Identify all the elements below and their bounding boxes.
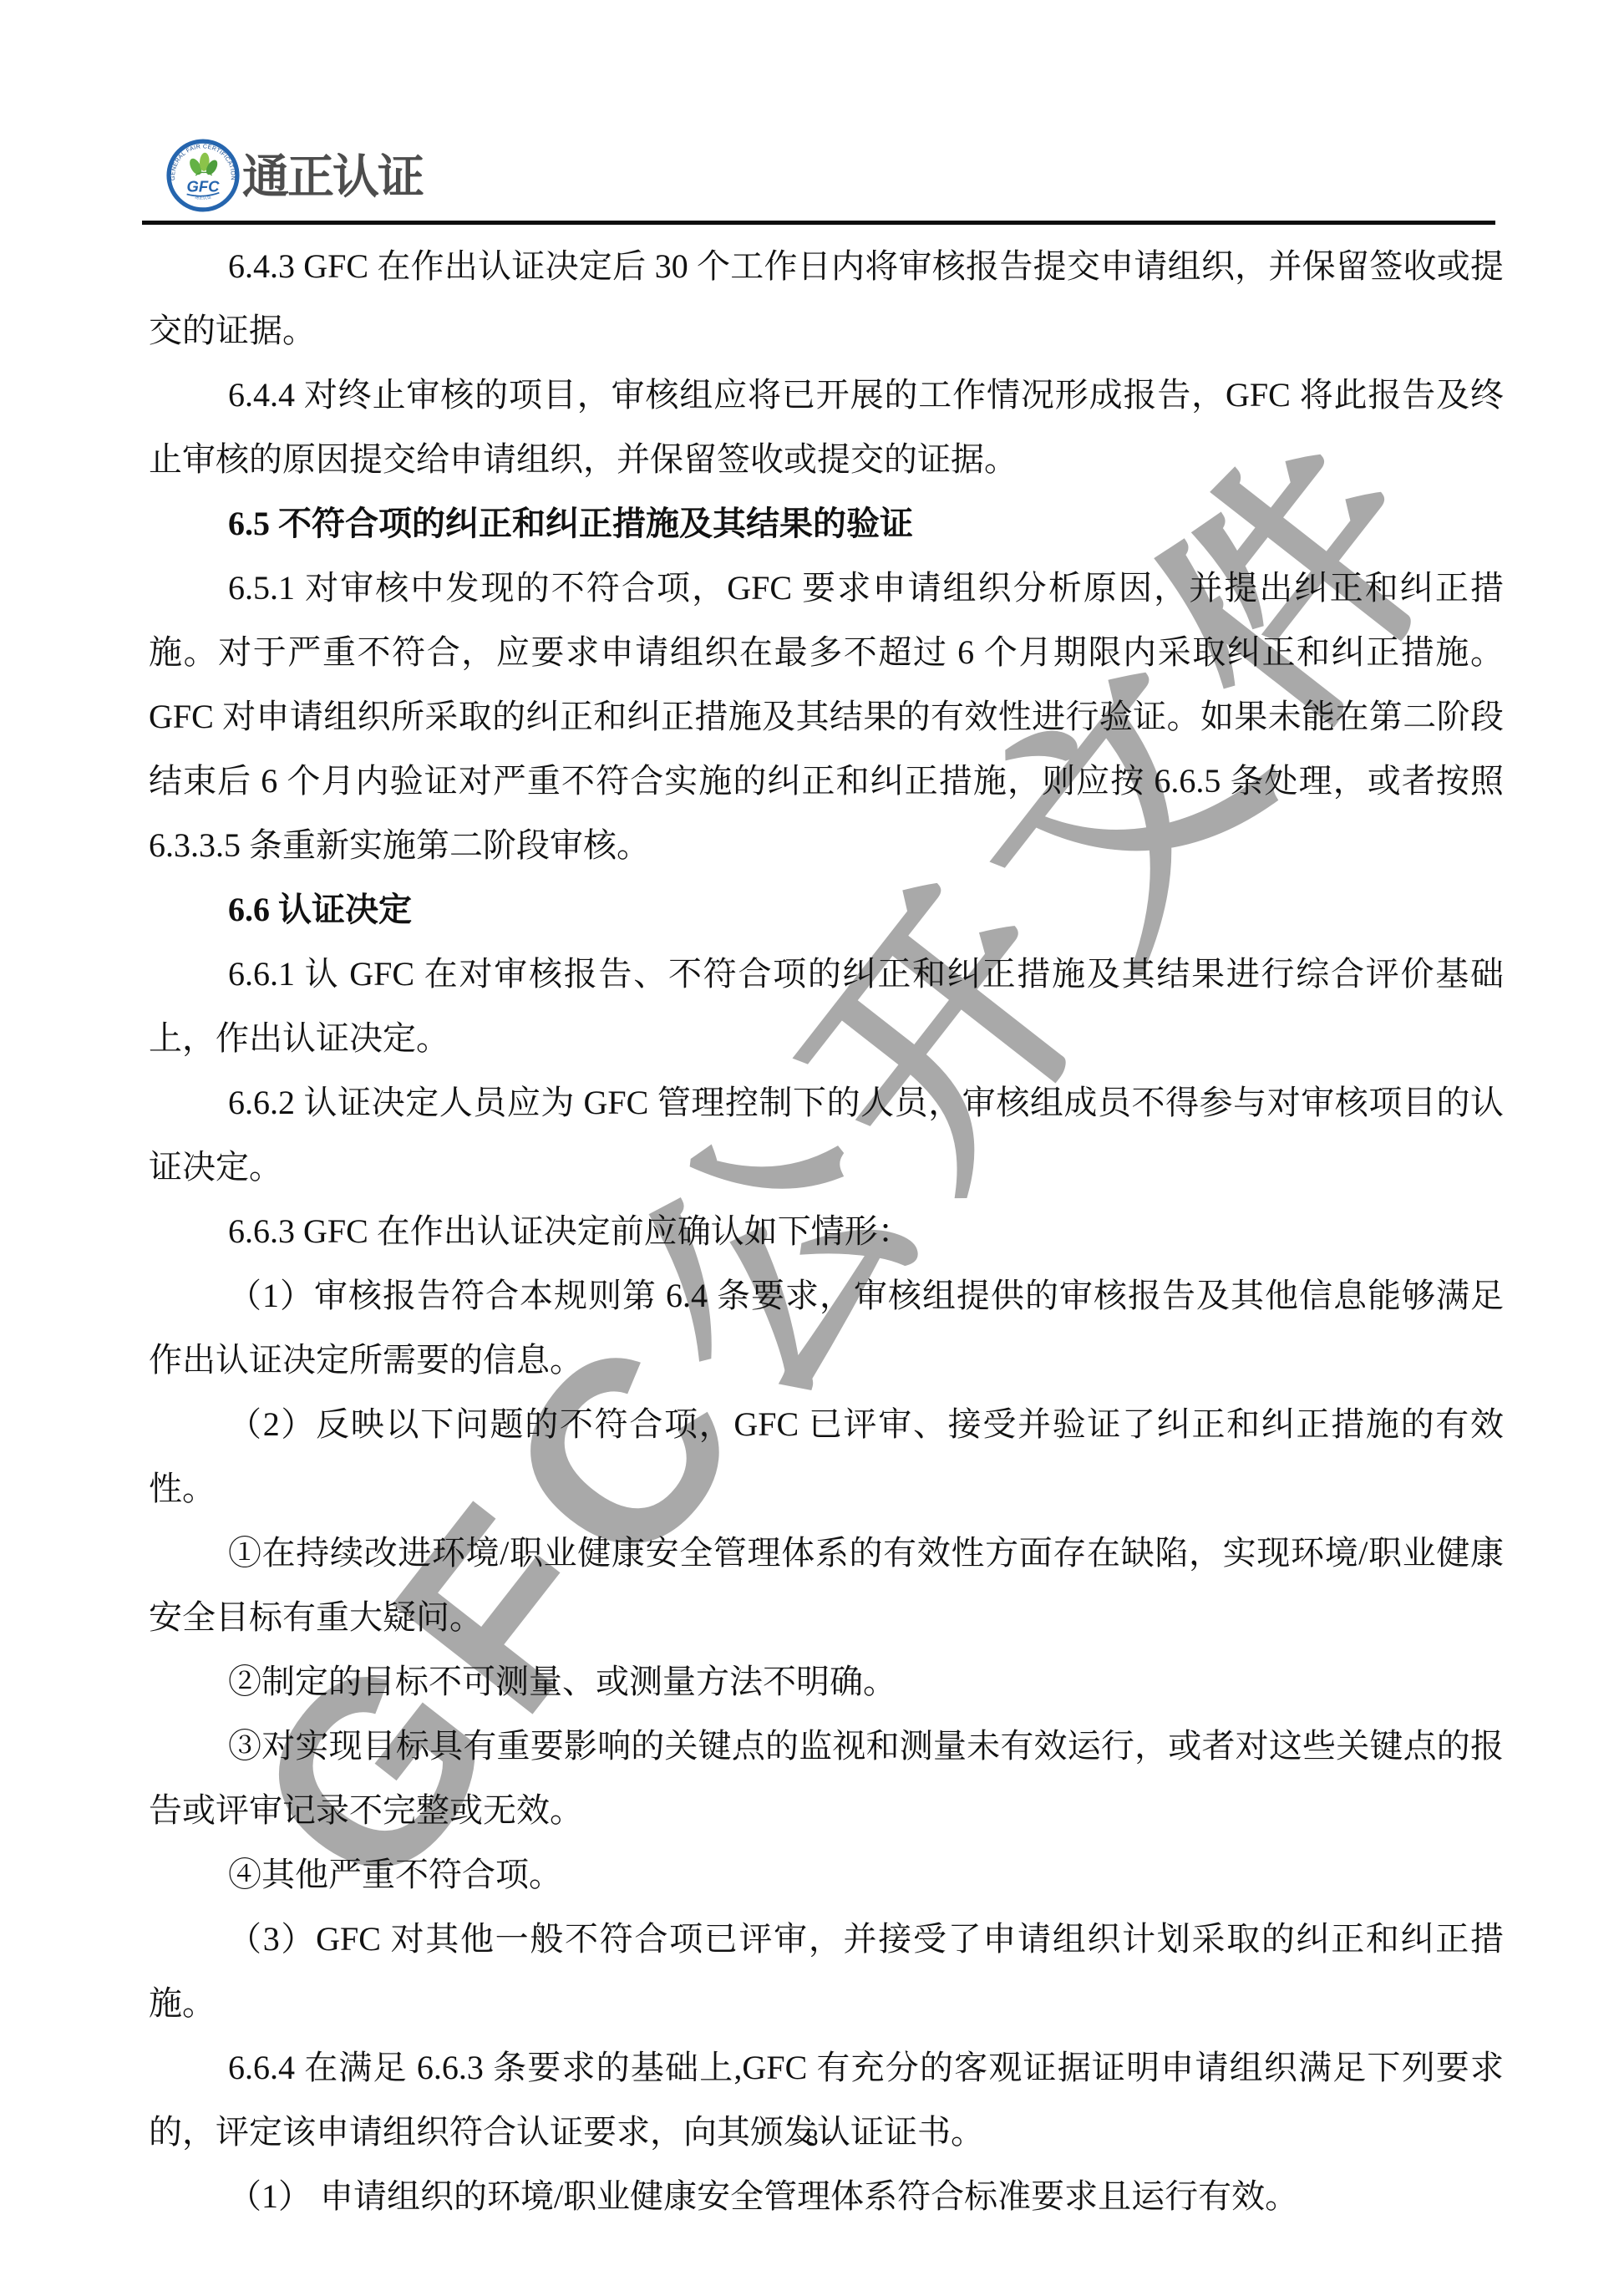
- paragraph: 6.4.3 GFC 在作出认证决定后 30 个工作日内将审核报告提交申请组织，并…: [149, 234, 1504, 363]
- paragraph: 6.6.2 认证决定人员应为 GFC 管理控制下的人员，审核组成员不得参与对审核…: [149, 1070, 1504, 1199]
- paragraph: （2）反映以下问题的不符合项，GFC 已评审、接受并验证了纠正和纠正措施的有效性…: [149, 1392, 1504, 1521]
- paragraph: ①在持续改进环境/职业健康安全管理体系的有效性方面存在缺陷，实现环境/职业健康安…: [149, 1521, 1504, 1649]
- page-number: - 8 -: [791, 2124, 833, 2151]
- paragraph: 6.6.1 认 GFC 在对审核报告、不符合项的纠正和纠正措施及其结果进行综合评…: [149, 942, 1504, 1070]
- paragraph: 6.5.1 对审核中发现的不符合项，GFC 要求申请组织分析原因，并提出纠正和纠…: [149, 556, 1504, 877]
- paragraph: （1）审核报告符合本规则第 6.4 条要求，审核组提供的审核报告及其他信息能够满…: [149, 1263, 1504, 1392]
- section-heading: 6.5 不符合项的纠正和纠正措施及其结果的验证: [149, 491, 1504, 556]
- document-body: 6.4.3 GFC 在作出认证决定后 30 个工作日内将审核报告提交申请组织，并…: [149, 234, 1504, 2228]
- brand-wordmark: 通正认证: [242, 154, 423, 201]
- paragraph: ③对实现目标具有重要影响的关键点的监视和测量未有效运行，或者对这些关键点的报告或…: [149, 1714, 1504, 1842]
- paragraph: （3）GFC 对其他一般不符合项已评审，并接受了申请组织计划采取的纠正和纠正措施…: [149, 1907, 1504, 2035]
- section-heading: 6.6 认证决定: [149, 877, 1504, 942]
- logo-ring: [169, 141, 237, 210]
- paragraph: （1） 申请组织的环境/职业健康安全管理体系符合标准要求且运行有效。: [149, 2164, 1504, 2228]
- document-page: GENERAL FAIR CERTIFICATION GFC 通正认证 通正认证…: [0, 0, 1624, 2296]
- gfc-logo: GENERAL FAIR CERTIFICATION GFC 通正认证: [166, 139, 240, 212]
- paragraph: 6.4.4 对终止审核的项目，审核组应将已开展的工作情况形成报告，GFC 将此报…: [149, 363, 1504, 491]
- logo-monogram: GFC: [187, 177, 221, 195]
- paragraph: ④其他严重不符合项。: [149, 1842, 1504, 1907]
- page-footer: - 8 -: [0, 2123, 1624, 2153]
- paragraph: 6.6.3 GFC 在作出认证决定前应确认如下情形：: [149, 1199, 1504, 1263]
- paragraph: ②制定的目标不可测量、或测量方法不明确。: [149, 1649, 1504, 1714]
- header-rule: [142, 221, 1495, 225]
